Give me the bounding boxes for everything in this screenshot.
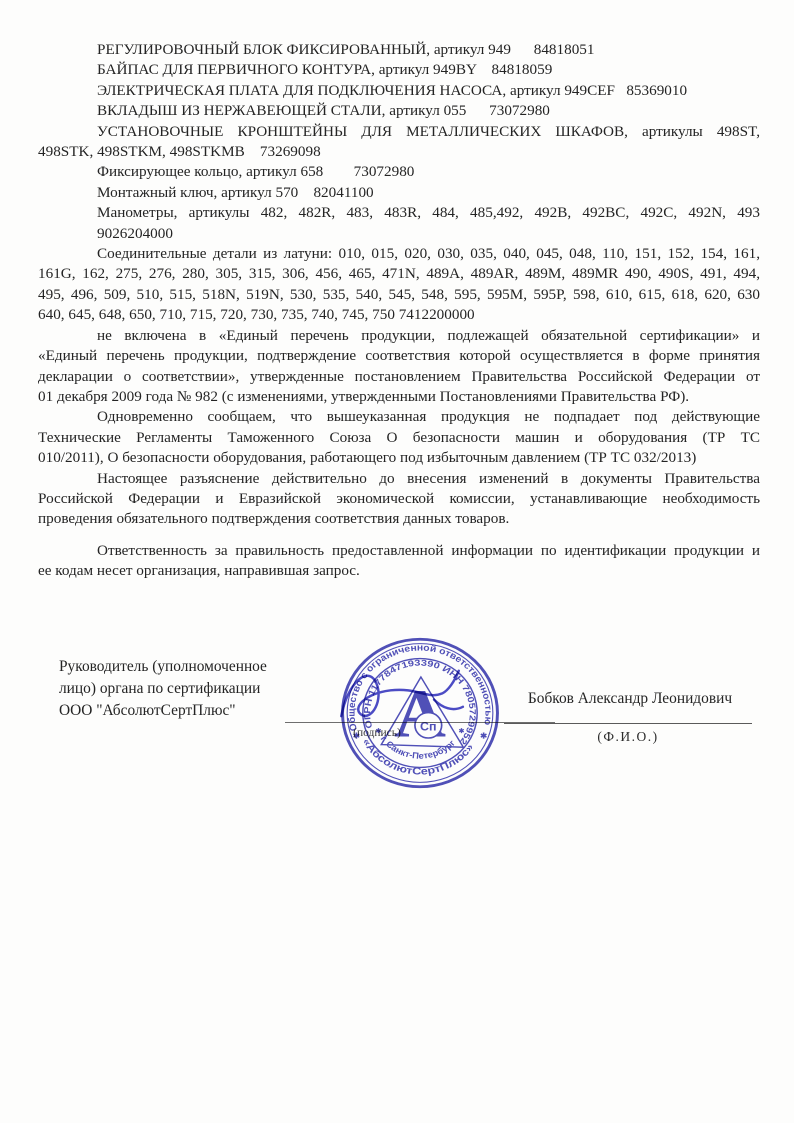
doc-line: 01 декабря 2009 года № 982 (с изменениям…: [38, 387, 760, 407]
scanned-letter-page: РЕГУЛИРОВОЧНЫЙ БЛОК ФИКСИРОВАННЫЙ, артик…: [0, 0, 794, 1123]
doc-line: Монтажный ключ, артикул 570 82041100: [38, 183, 760, 203]
doc-line: 161G, 162, 275, 276, 280, 305, 315, 306,…: [38, 264, 760, 284]
doc-line: Настоящее разъяснение действительно до в…: [38, 469, 760, 489]
doc-line: 498STK, 498STKM, 498STKMB 73269098: [38, 142, 760, 162]
doc-line: не включена в «Единый перечень продукции…: [38, 326, 760, 346]
fio-caption: (Ф.И.О.): [504, 729, 752, 745]
doc-line: ЭЛЕКТРИЧЕСКАЯ ПЛАТА ДЛЯ ПОДКЛЮЧЕНИЯ НАСО…: [38, 81, 760, 101]
doc-line: 010/2011), О безопасности оборудования, …: [38, 448, 760, 468]
doc-line: Ответственность за правильность предоста…: [38, 541, 760, 561]
fio-rule: [504, 723, 752, 724]
doc-line: проведения обязательного подтверждения с…: [38, 509, 760, 529]
stamp-star-icon: ✱: [480, 732, 487, 741]
doc-line: Соединительные детали из латуни: 010, 01…: [38, 244, 760, 264]
doc-line: ее кодам несет организация, направившая …: [38, 561, 760, 581]
doc-line: Фиксирующее кольцо, артикул 658 73072980: [38, 162, 760, 182]
doc-line: 495, 496, 509, 510, 515, 518N, 519N, 530…: [38, 285, 760, 305]
signee-name: Бобков Александр Леонидович: [502, 690, 758, 708]
doc-line: Манометры, артикулы 482, 482R, 483, 483R…: [38, 203, 760, 223]
doc-line: ВКЛАДЫШ ИЗ НЕРЖАВЕЮЩЕЙ СТАЛИ, артикул 05…: [38, 101, 760, 121]
doc-line: «Единый перечень продукции, подтверждени…: [38, 346, 760, 366]
doc-line: РЕГУЛИРОВОЧНЫЙ БЛОК ФИКСИРОВАННЫЙ, артик…: [38, 40, 760, 60]
doc-line: БАЙПАС ДЛЯ ПЕРВИЧНОГО КОНТУРА, артикул 9…: [38, 60, 760, 80]
doc-line: 640, 645, 648, 650, 710, 715, 720, 730, …: [38, 305, 760, 325]
signatory-role: Руководитель (уполномоченное лицо) орган…: [59, 656, 319, 722]
handwritten-signature: [333, 652, 467, 740]
signatory-role-line: Руководитель (уполномоченное: [59, 656, 319, 678]
signatory-role-line: ООО "АбсолютСертПлюс": [59, 700, 319, 722]
doc-line: 9026204000: [38, 224, 760, 244]
doc-line: УСТАНОВОЧНЫЕ КРОНШТЕЙНЫ ДЛЯ МЕТАЛЛИЧЕСКИ…: [38, 122, 760, 142]
document-text-block: РЕГУЛИРОВОЧНЫЙ БЛОК ФИКСИРОВАННЫЙ, артик…: [38, 40, 760, 582]
doc-line: Российской Федерации и Евразийской эконо…: [38, 489, 760, 509]
doc-line: Одновременно сообщаем, что вышеуказанная…: [38, 407, 760, 427]
doc-line: Технические Регламенты Таможенного Союза…: [38, 428, 760, 448]
signatory-role-line: лицо) органа по сертификации: [59, 678, 319, 700]
doc-line: декларации о соответствии», утвержденные…: [38, 367, 760, 387]
